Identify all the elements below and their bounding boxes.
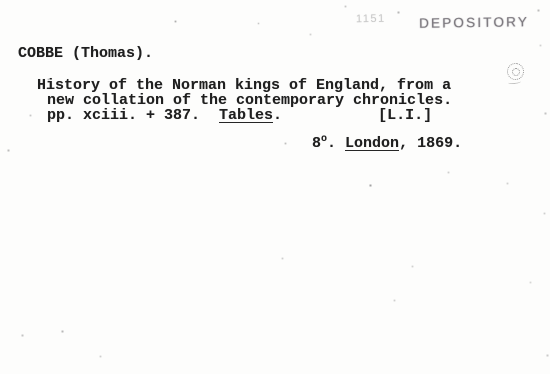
embossed-seal: [506, 63, 524, 83]
scan-speckles: [0, 0, 1, 1]
tables-period: .: [273, 107, 282, 124]
faint-stamp-number: 1151: [356, 13, 386, 26]
shelfmark: [L.I.]: [378, 107, 432, 124]
format-separator: .: [327, 135, 345, 152]
imprint-line: 8o. London, 1869.: [312, 136, 462, 154]
tables-label: Tables.: [219, 107, 282, 124]
author-heading: COBBE (Thomas).: [18, 46, 153, 62]
format-number: 8: [312, 135, 321, 152]
imprint-year: , 1869.: [399, 135, 462, 152]
depository-stamp: DEPOSITORY: [419, 14, 529, 31]
tables-word-underlined: Tables: [219, 109, 273, 123]
seal-underscore-mark: [508, 79, 521, 84]
collation-text: pp. xciii. + 387.: [47, 107, 200, 124]
format-superscript: o: [321, 134, 327, 145]
catalog-card: 1151 DEPOSITORY COBBE (Thomas). History …: [0, 0, 550, 374]
seal-inner-ring: [512, 68, 520, 76]
imprint-place-underlined: London: [345, 137, 399, 151]
collation-line: pp. xciii. + 387.Tables.[L.I.]: [47, 108, 432, 124]
